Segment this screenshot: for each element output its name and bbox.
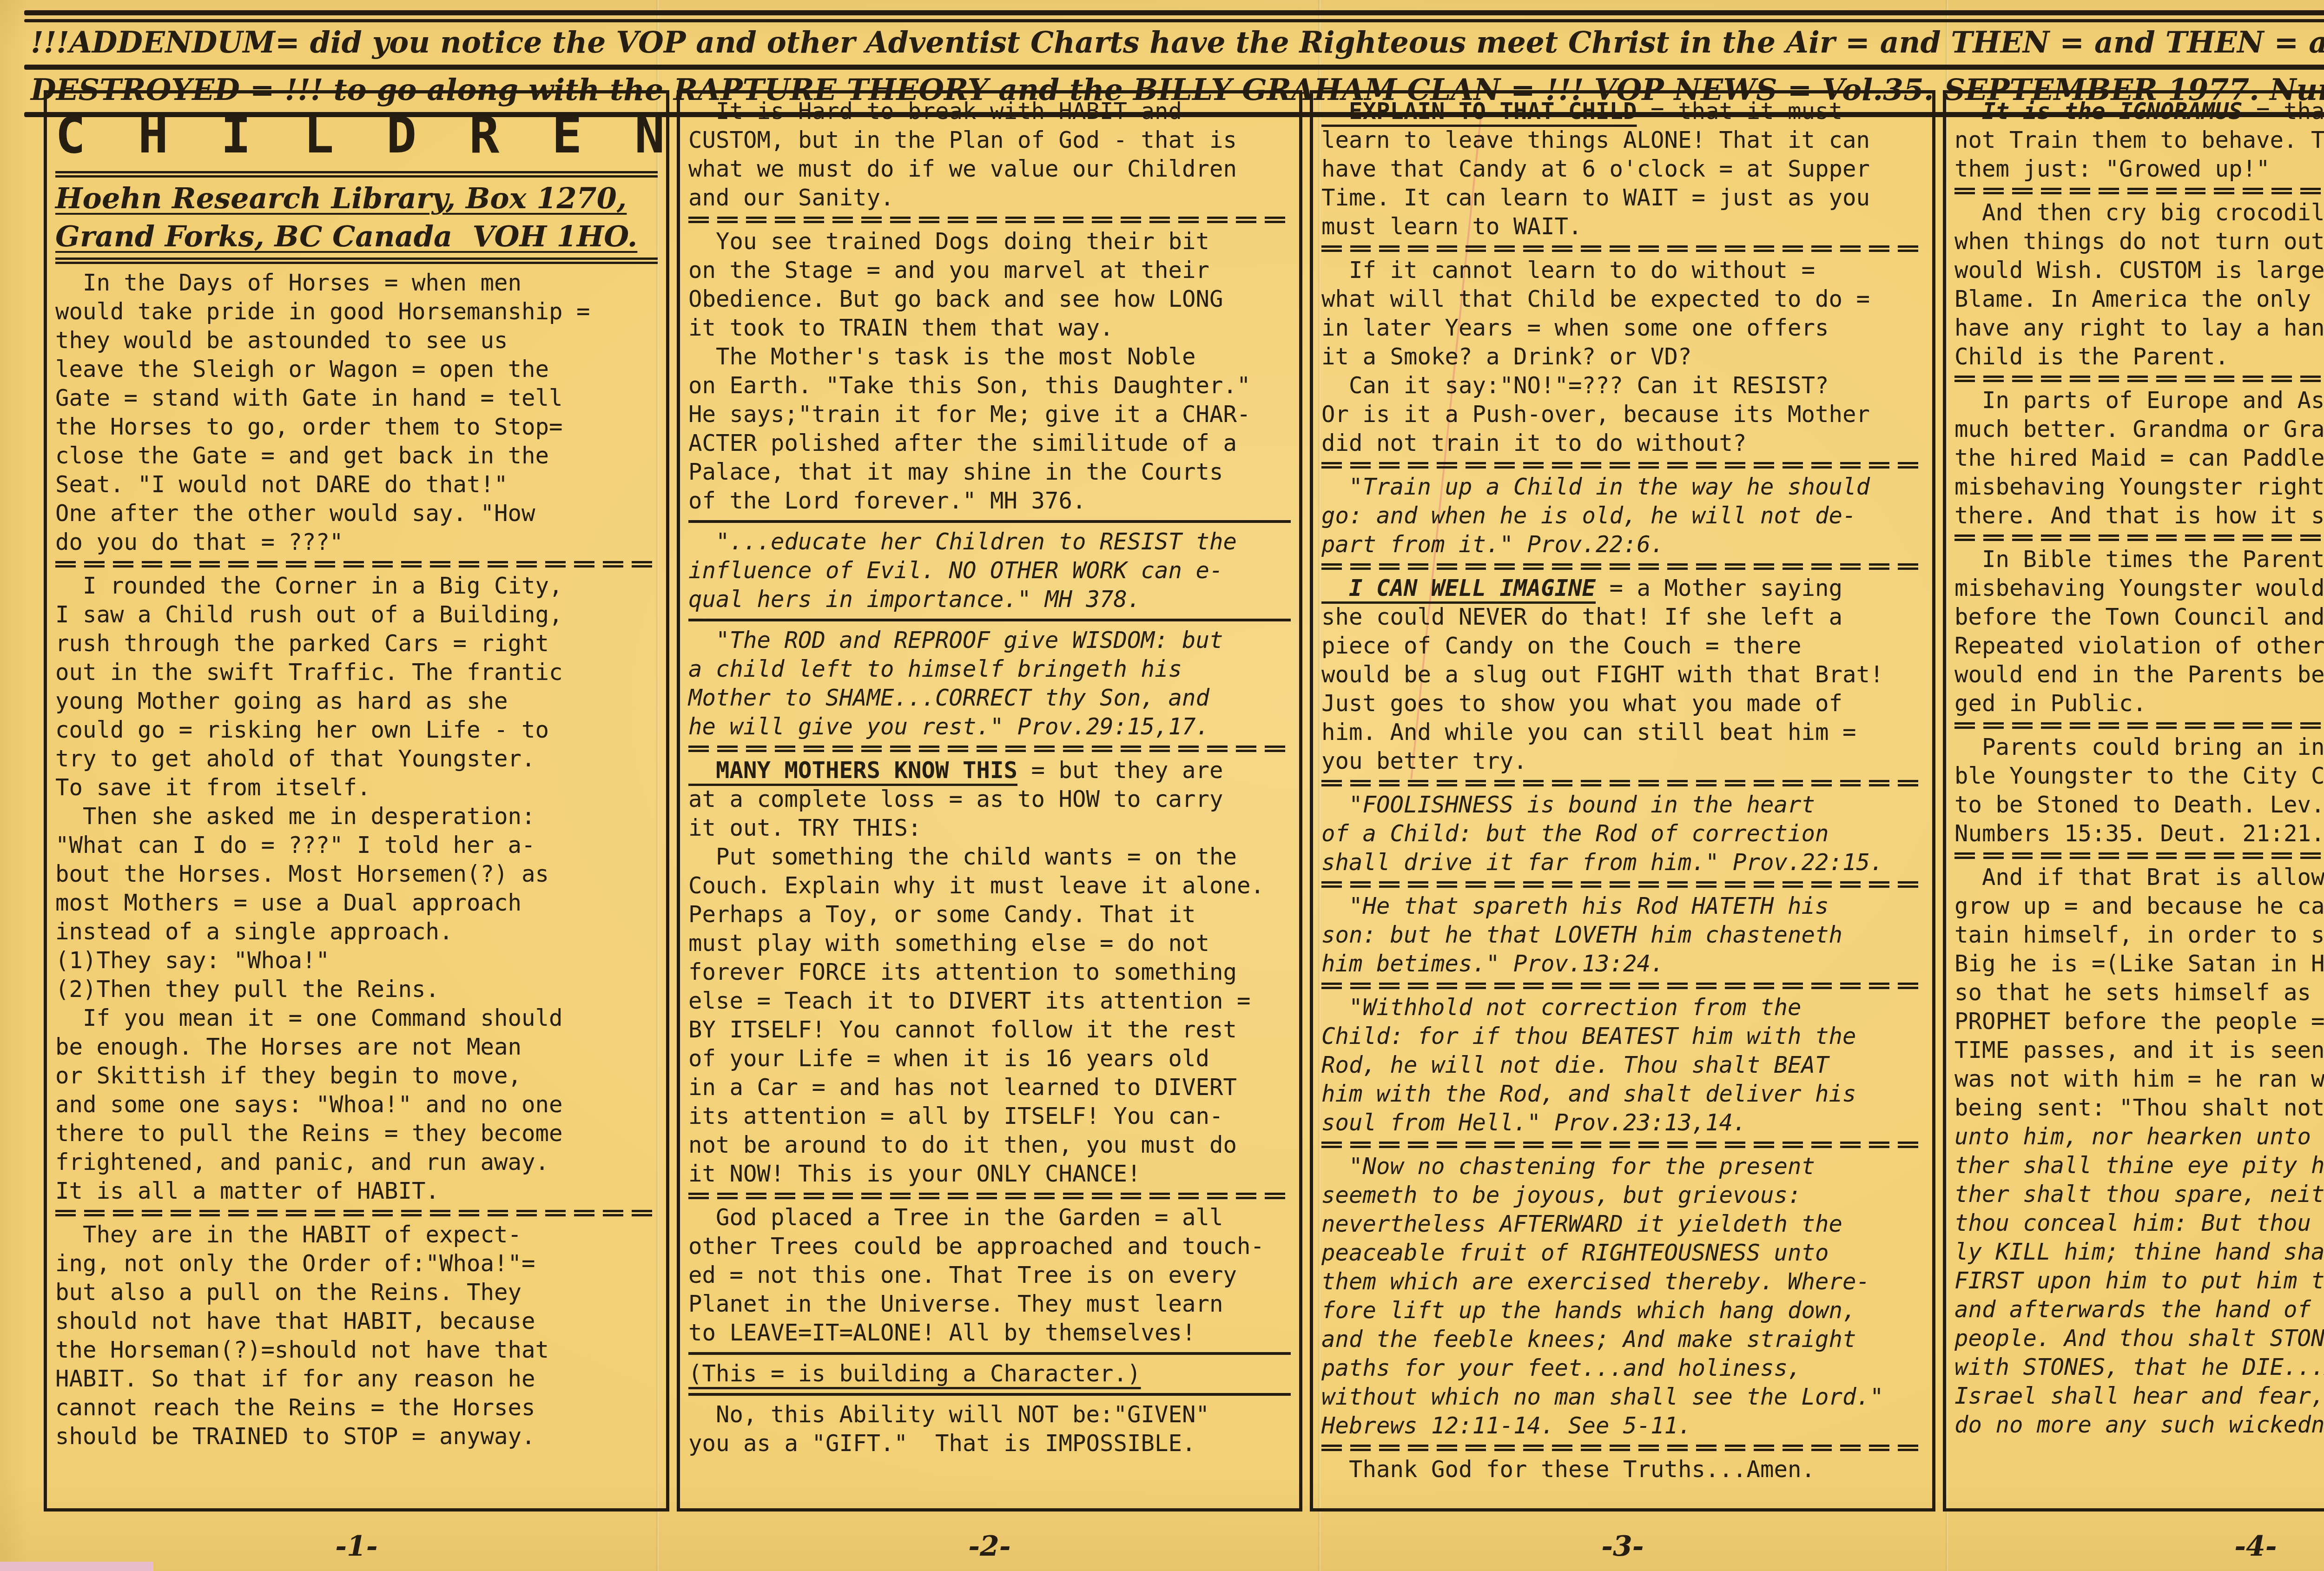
quote-paragraph: unto him, nor hearken unto him; nei ther…: [1954, 1122, 2324, 1439]
paragraph: You see trained Dogs doing their bit on …: [688, 227, 1291, 343]
masthead-rule: [55, 175, 658, 178]
paragraph: Put something the child wants = on the C…: [688, 843, 1291, 1188]
dashed-separator: [55, 1209, 658, 1217]
paragraph: MANY MOTHERS KNOW THIS = but they are at…: [688, 756, 1291, 843]
paragraph: God placed a Tree in the Garden = all ot…: [688, 1203, 1291, 1347]
quote-paragraph: "Train up a Child in the way he should g…: [1321, 473, 1924, 559]
paragraph: If it cannot learn to do without = what …: [1321, 256, 1924, 371]
dashed-separator: [1321, 563, 1924, 570]
solid-separator: [688, 1393, 1291, 1396]
column-3: EXPLAIN TO THAT CHILD = that it must lea…: [1310, 90, 1935, 1512]
banner-line-1: !!!ADDENDUM= did you notice the VOP and …: [24, 22, 2324, 65]
quote-paragraph: "He that spareth his Rod HATETH his son:…: [1321, 892, 1924, 978]
column-1: C H I L D R E N = Flyer #441= Aug. 15,19…: [44, 90, 669, 1512]
paragraph: And if that Brat is allowed to grow up =…: [1954, 863, 2324, 1122]
solid-separator: [688, 1352, 1291, 1355]
paragraph: Parents could bring an incorrigi ble You…: [1954, 733, 2324, 848]
emphasized-lead: It is the IGNORAMUS: [1954, 98, 2243, 125]
paragraph: Thank God for these Truths...Amen.: [1321, 1455, 1924, 1484]
paragraph: I CAN WELL IMAGINE = a Mother saying she…: [1321, 574, 1924, 776]
parenthetical-note: (This = is building a Character.): [688, 1360, 1291, 1388]
scan-edge-artifact: [0, 1562, 153, 1571]
dashed-separator: [688, 216, 1291, 224]
paragraph: EXPLAIN TO THAT CHILD = that it must lea…: [1321, 97, 1924, 241]
page-number-4: -4-: [1943, 1530, 2324, 1563]
paragraph: I rounded the Corner in a Big City, I sa…: [55, 572, 658, 802]
dashed-separator: [1321, 462, 1924, 469]
solid-separator: [688, 520, 1291, 523]
dashed-separator: [688, 1192, 1291, 1200]
dashed-separator: [1954, 722, 2324, 729]
page-number-row: -1- -2- -3- -4-: [44, 1530, 2324, 1563]
emphasized-lead: I CAN WELL IMAGINE: [1321, 575, 1596, 601]
dashed-separator: [1321, 245, 1924, 252]
column-2: It is Hard to break with HABIT and CUSTO…: [677, 90, 1302, 1512]
paragraph: Then she asked me in desperation: "What …: [55, 802, 658, 1004]
masthead-rule: [55, 257, 658, 260]
dashed-separator: [1954, 852, 2324, 859]
dashed-separator: [55, 561, 658, 568]
masthead-rule: [55, 171, 658, 173]
paragraph-text: = a Mother saying she could NEVER do tha…: [1321, 575, 1884, 774]
quote-paragraph: "...educate her Children to RESIST the i…: [688, 528, 1291, 614]
paragraph: In parts of Europe and Asia it i much be…: [1954, 386, 2324, 530]
masthead: C H I L D R E N = Flyer #441= Aug. 15,19…: [47, 93, 666, 264]
column-4: It is the IGNORAMUS = that did not Train…: [1943, 90, 2324, 1512]
paragraph: If you mean it = one Command should be e…: [55, 1004, 658, 1206]
paragraph: They are in the HABIT of expect- ing, no…: [55, 1221, 658, 1451]
quote-paragraph: "Now no chastening for the present seeme…: [1321, 1152, 1924, 1440]
quote-paragraph: "Withhold not correction from the Child:…: [1321, 993, 1924, 1137]
scanned-newsletter-page: { "banner": { "line1": "!!!ADDENDUM= did…: [0, 0, 2324, 1571]
dashed-separator: [1321, 982, 1924, 990]
dashed-separator: [1954, 534, 2324, 541]
paragraph: In the Days of Horses = when men would t…: [55, 269, 658, 557]
banner-top-rule: [24, 10, 2324, 15]
solid-separator: [688, 619, 1291, 621]
paragraph: No, this Ability will NOT be:"GIVEN" you…: [688, 1400, 1291, 1458]
dashed-separator: [1321, 779, 1924, 787]
dashed-separator: [1954, 375, 2324, 383]
banner-middle-rule: [24, 65, 2324, 70]
section-heading: EXPLAIN TO THAT CHILD: [1321, 98, 1637, 125]
publisher-address: Hoehn Research Library, Box 1270, Grand …: [55, 179, 658, 256]
dashed-separator: [1954, 187, 2324, 195]
banner-top-rule-2: [24, 19, 2324, 22]
page-title: C H I L D R E N =: [55, 97, 669, 162]
dashed-separator: [688, 745, 1291, 752]
page-number-2: -2-: [677, 1530, 1302, 1563]
quote-paragraph: "The ROD and REPROOF give WISDOM: but a …: [688, 626, 1291, 741]
paragraph: Can it say:"NO!"=??? Can it RESIST? Or i…: [1321, 371, 1924, 458]
page-number-3: -3-: [1310, 1530, 1935, 1563]
paragraph: In Bible times the Parents of a misbehav…: [1954, 545, 2324, 718]
dashed-separator: [1321, 1444, 1924, 1452]
paragraph: And then cry big crocodile Tears when th…: [1954, 198, 2324, 371]
quote-paragraph: "FOOLISHNESS is bound in the heart of a …: [1321, 791, 1924, 877]
paragraph: It is the IGNORAMUS = that did not Train…: [1954, 97, 2324, 184]
paragraph: The Mother's task is the most Noble on E…: [688, 343, 1291, 515]
page-number-1: -1-: [44, 1530, 669, 1563]
dashed-separator: [1321, 881, 1924, 888]
four-column-body: C H I L D R E N = Flyer #441= Aug. 15,19…: [44, 90, 2324, 1512]
emphasized-lead: MANY MOTHERS KNOW THIS: [688, 757, 1017, 784]
masthead-rule: [55, 262, 658, 264]
dashed-separator: [1321, 1141, 1924, 1149]
paragraph: It is Hard to break with HABIT and CUSTO…: [688, 97, 1291, 212]
